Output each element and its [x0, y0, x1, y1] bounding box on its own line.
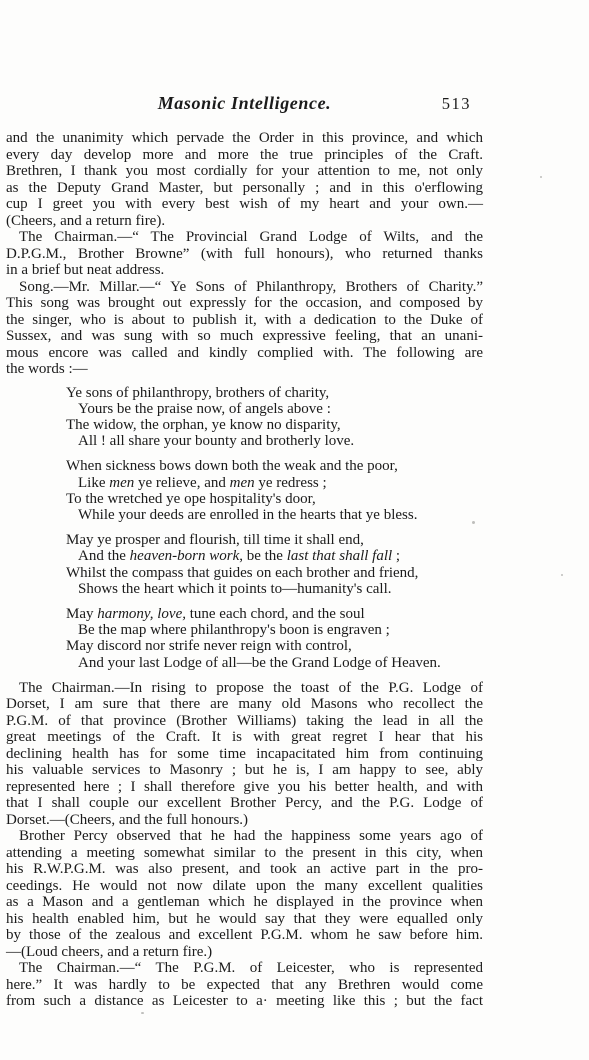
verse-line: May harmony, love, tune each chord, and … — [66, 606, 483, 622]
text-line: Dorset.—(Cheers, and the full honours.) — [6, 812, 483, 829]
verse-line: When sickness bows down both the weak an… — [66, 458, 483, 474]
verse-line: To the wretched ye ope hospitality's doo… — [66, 491, 483, 507]
text-line: The Chairman.—In rising to propose the t… — [6, 680, 483, 697]
verse-line: Yours be the praise now, of angels above… — [66, 401, 483, 417]
text-line: cup I greet you with every best wish of … — [6, 196, 483, 213]
scan-speck — [141, 1012, 144, 1014]
scan-speck — [540, 176, 542, 178]
verse-stanza: May harmony, love, tune each chord, and … — [66, 606, 483, 671]
verse-line: Ye sons of philanthropy, brothers of cha… — [66, 385, 483, 401]
text-line: This song was brought out expressly for … — [6, 295, 483, 312]
text-line: as the Deputy Grand Master, but personal… — [6, 180, 483, 197]
paragraph: Brother Percy observed that he had the h… — [6, 828, 483, 960]
paragraph: Song.—Mr. Millar.—“ Ye Sons of Philanthr… — [6, 279, 483, 378]
text-line: here.” It was hardly to be expected that… — [6, 977, 483, 994]
paragraph: and the unanimity which pervade the Orde… — [6, 130, 483, 229]
scanned-book-page: Masonic Intelligence. 513 and the unanim… — [0, 0, 589, 1060]
verse-line: The widow, the orphan, ye know no dispar… — [66, 417, 483, 433]
text-line: the singer, who is about to publish it, … — [6, 312, 483, 329]
text-line: —(Loud cheers, and a return fire.) — [6, 944, 483, 961]
text-line: Brother Percy observed that he had the h… — [6, 828, 483, 845]
text-line: ceedings. He would not now dilate upon t… — [6, 878, 483, 895]
text-line: The Chairman.—“ The Provincial Grand Lod… — [6, 229, 483, 246]
text-line: mous encore was called and kindly compli… — [6, 345, 483, 362]
page-number: 513 — [442, 94, 471, 114]
verse-line: Shows the heart which it points to—human… — [66, 581, 483, 597]
text-line: great meetings of the Craft. It is with … — [6, 729, 483, 746]
verse-stanza: May ye prosper and flourish, till time i… — [66, 532, 483, 597]
verse-line: Be the map where philanthropy's boon is … — [66, 622, 483, 638]
verse-line: Like men ye relieve, and men ye redress … — [66, 475, 483, 491]
text-line: the words :— — [6, 361, 483, 378]
running-title: Masonic Intelligence. — [158, 93, 332, 113]
verse-line: May discord nor strife never reign with … — [66, 638, 483, 654]
text-line: declining health has for some time incap… — [6, 746, 483, 763]
scan-speck — [472, 521, 475, 524]
verse-line: May ye prosper and flourish, till time i… — [66, 532, 483, 548]
verse-line: Whilst the compass that guides on each b… — [66, 565, 483, 581]
verse-stanza: Ye sons of philanthropy, brothers of cha… — [66, 385, 483, 450]
text-line: The Chairman.—“ The P.G.M. of Leicester,… — [6, 960, 483, 977]
text-line: D.P.G.M., Brother Browne” (with full hon… — [6, 246, 483, 263]
scan-speck — [561, 574, 563, 576]
text-line: his health enabled him, but he would say… — [6, 911, 483, 928]
verse-line: All ! all share your bounty and brotherl… — [66, 433, 483, 449]
text-line: Dorset, I am sure that there are many ol… — [6, 696, 483, 713]
verse-line: While your deeds are enrolled in the hea… — [66, 507, 483, 523]
paragraph: The Chairman.—In rising to propose the t… — [6, 680, 483, 829]
text-line: and the unanimity which pervade the Orde… — [6, 130, 483, 147]
text-line: represented here ; I shall therefore giv… — [6, 779, 483, 796]
page-body: and the unanimity which pervade the Orde… — [6, 130, 483, 1010]
paragraph: The Chairman.—“ The P.G.M. of Leicester,… — [6, 960, 483, 1010]
text-line: from such a distance as Leicester to a· … — [6, 993, 483, 1010]
text-line: that I shall couple our excellent Brothe… — [6, 795, 483, 812]
song-verses: Ye sons of philanthropy, brothers of cha… — [6, 385, 483, 671]
text-line: in a brief but neat address. — [6, 262, 483, 279]
text-line: attending a meeting somewhat similar to … — [6, 845, 483, 862]
text-line: Brethren, I thank you most cordially for… — [6, 163, 483, 180]
text-line: (Cheers, and a return fire). — [6, 213, 483, 230]
text-line: P.G.M. of that province (Brother William… — [6, 713, 483, 730]
verse-line: And your last Lodge of all—be the Grand … — [66, 655, 483, 671]
text-line: as a Mason and a gentleman which he disp… — [6, 894, 483, 911]
text-line: Sussex, and was sung with so much expres… — [6, 328, 483, 345]
text-line: Song.—Mr. Millar.—“ Ye Sons of Philanthr… — [6, 279, 483, 296]
page-header: Masonic Intelligence. 513 — [6, 93, 483, 115]
text-line: every day develop more and more the true… — [6, 147, 483, 164]
paragraph: The Chairman.—“ The Provincial Grand Lod… — [6, 229, 483, 279]
text-line: his valuable services to Masonry ; but h… — [6, 762, 483, 779]
verse-stanza: When sickness bows down both the weak an… — [66, 458, 483, 523]
text-line: his R.W.P.G.M. was also present, and too… — [6, 861, 483, 878]
verse-line: And the heaven-born work, be the last th… — [66, 548, 483, 564]
text-line: by those of the zealous and excellent P.… — [6, 927, 483, 944]
